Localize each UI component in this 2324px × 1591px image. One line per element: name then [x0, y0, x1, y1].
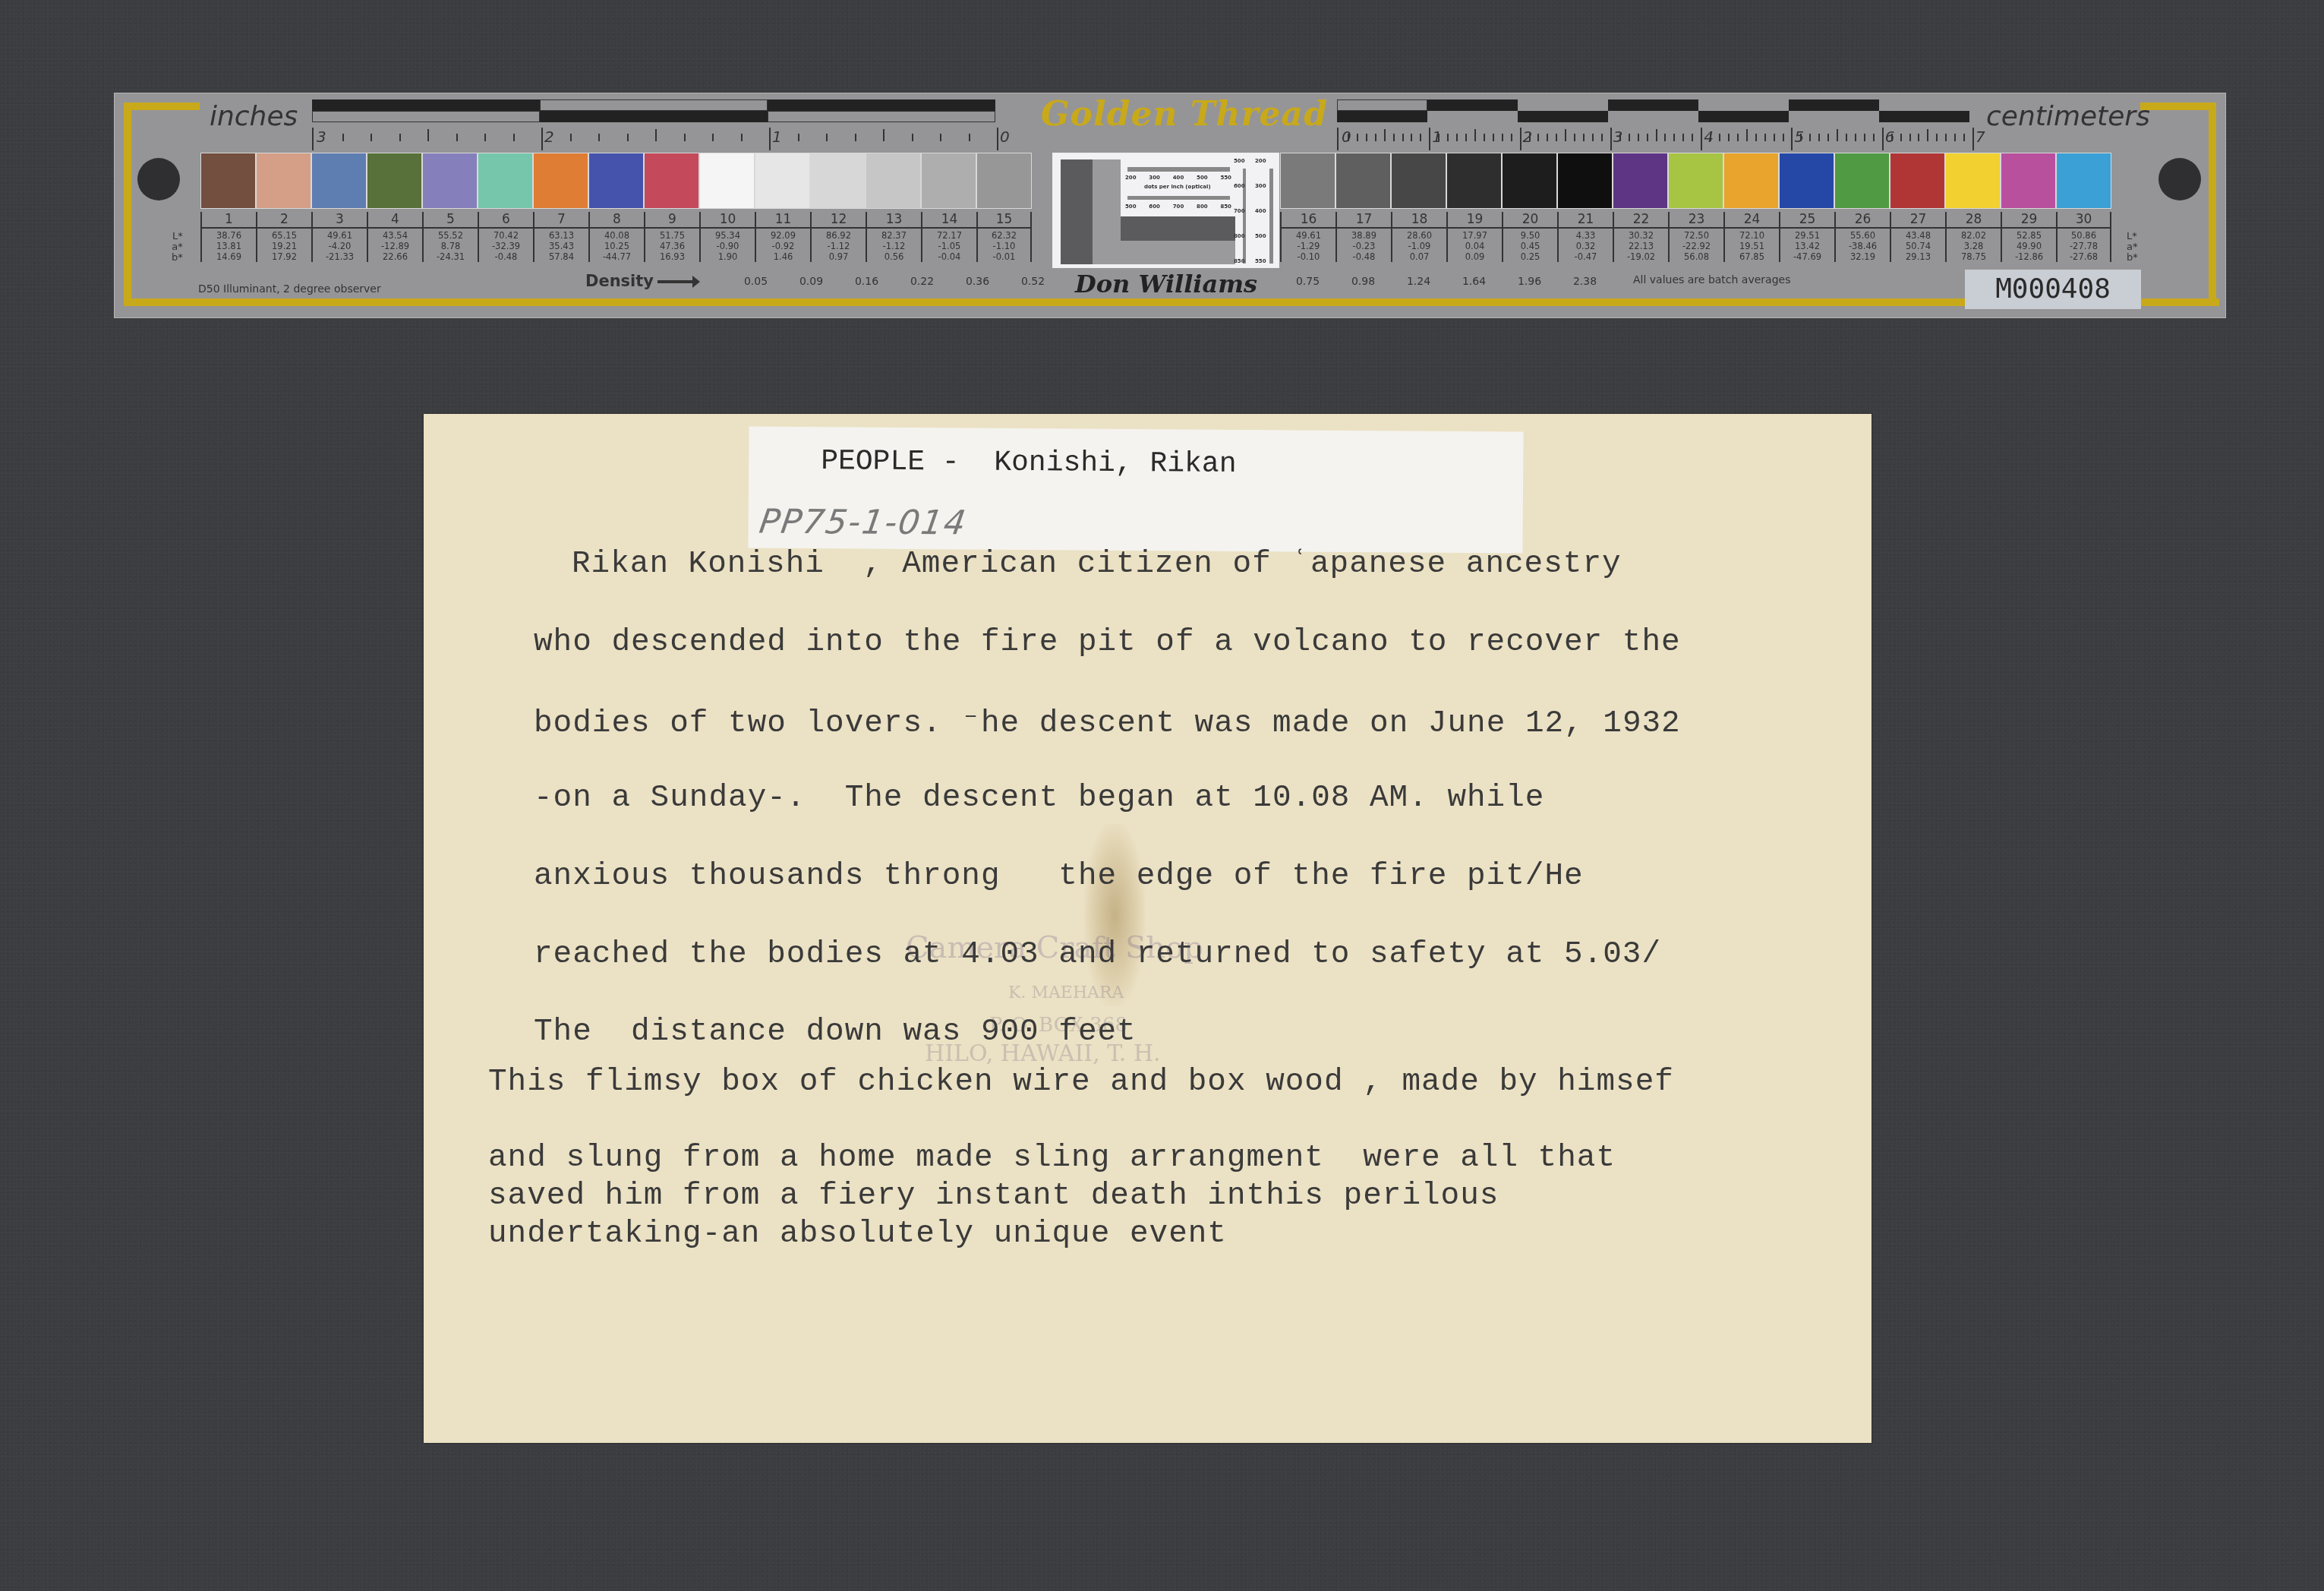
ruler-minor-tick [1927, 129, 1928, 141]
lab-b: 1.46 [756, 251, 810, 262]
inches-label: inches [210, 101, 298, 132]
color-patch [2056, 153, 2111, 209]
lab-column: 2743.4850.7429.13 [1890, 212, 1945, 262]
lab-l: 28.60 [1392, 230, 1446, 241]
lab-values: 72.1019.5167.85 [1725, 229, 1779, 262]
inch-scale-bar [312, 99, 995, 125]
ruler-minor-tick [1656, 129, 1657, 141]
patch-number: 23 [1670, 212, 1723, 229]
color-patch [1280, 153, 1335, 209]
ruler-minor-tick [1402, 134, 1404, 141]
lab-a: -1.29 [1282, 241, 1335, 251]
ruler-minor-tick [1592, 134, 1594, 141]
color-patch [921, 153, 976, 209]
lab-a: 0.45 [1503, 241, 1557, 251]
typed-line: bodies of two lovers. ⁻he descent was ma… [534, 702, 1681, 741]
ruler-minor-tick [1918, 134, 1919, 141]
lab-column: 670.42-32.39-0.48 [478, 212, 533, 262]
ruler-major-tick [1429, 128, 1430, 150]
lab-values: 43.54-12.8922.66 [368, 229, 422, 262]
color-patch [367, 153, 422, 209]
lab-values: 95.34-0.901.90 [701, 229, 755, 262]
frame-accent [124, 103, 200, 110]
frame-accent [2209, 103, 2216, 306]
centimeters-label: centimeters [1986, 101, 2150, 132]
ruler-minor-tick [1348, 134, 1349, 141]
ruler-minor-tick [712, 134, 714, 141]
ruler-label: 2 [544, 128, 554, 146]
lab-a: -1.05 [922, 241, 976, 251]
ruler-minor-tick [1719, 134, 1720, 141]
color-patch [1335, 153, 1391, 209]
color-patch [533, 153, 588, 209]
patch-number: 20 [1503, 212, 1557, 229]
lab-b: 57.84 [534, 251, 588, 262]
typed-line: The distance down was 900 feet [534, 1015, 1137, 1050]
lab-values: 63.1335.4357.84 [534, 229, 588, 262]
ruler-minor-tick [684, 134, 686, 141]
ruler-label: 0 [1000, 128, 1010, 146]
ruler-minor-tick [1638, 134, 1639, 141]
ruler-minor-tick [1774, 134, 1775, 141]
lab-values: 38.7613.8114.69 [202, 229, 256, 262]
typed-line: reached the bodies at 4.03 and returned … [534, 937, 1661, 972]
ruler-minor-tick [940, 134, 941, 141]
patch-number: 28 [1947, 212, 2001, 229]
patch-number: 26 [1836, 212, 1890, 229]
ruler-minor-tick [1809, 134, 1811, 141]
lab-l: 30.32 [1614, 230, 1668, 241]
lab-column: 1917.970.040.09 [1446, 212, 1502, 262]
color-patch-row-right [1280, 153, 2111, 210]
ruler-major-tick [1520, 128, 1521, 150]
ruler-minor-tick [798, 134, 799, 141]
lab-l: 40.08 [590, 230, 644, 241]
ruler-minor-tick [1456, 134, 1458, 141]
lab-b: -47.69 [1780, 251, 1834, 262]
ruler-minor-tick [1502, 134, 1503, 141]
lab-column: 1382.37-1.120.56 [866, 212, 921, 262]
paper-stain [1084, 824, 1145, 1006]
ruler-minor-tick [1846, 134, 1847, 141]
resolution-label: 700 [1234, 208, 1245, 214]
density-value: 0.16 [839, 276, 894, 288]
ruler-minor-tick [912, 134, 913, 141]
color-patch [256, 153, 311, 209]
patch-number: 10 [701, 212, 755, 229]
ruler-minor-tick [1827, 134, 1829, 141]
ruler-minor-tick [1945, 134, 1947, 141]
lab-values: 49.61-1.29-0.10 [1282, 229, 1335, 262]
archival-typed-card: PEOPLE - Konishi, Rikan PP75-1-014 Camer… [424, 414, 1871, 1443]
lab-values: 92.09-0.921.46 [756, 229, 810, 262]
lab-values: 65.1519.2117.92 [257, 229, 311, 262]
illuminant-note: D50 Illuminant, 2 degree observer [198, 283, 381, 295]
lab-a: -1.12 [867, 241, 921, 251]
ruler-minor-tick [1647, 134, 1648, 141]
lab-l: 95.34 [701, 230, 755, 241]
ruler-minor-tick [1583, 134, 1585, 141]
lab-values: 86.92-1.120.97 [812, 229, 866, 262]
typed-line: who descended into the fire pit of a vol… [534, 625, 1681, 660]
resolution-test-chart: dots per inch (optical) 200300400500550 … [1052, 153, 1279, 268]
ruler-minor-tick [1755, 134, 1757, 141]
lab-values: 52.8549.90-12.86 [2002, 229, 2056, 262]
lab-l: 43.48 [1891, 230, 1945, 241]
lab-a: 49.90 [2002, 241, 2056, 251]
ruler-label: 1 [772, 128, 782, 146]
lab-column: 1738.89-0.23-0.48 [1335, 212, 1391, 262]
lab-values: 55.60-38.4632.19 [1836, 229, 1890, 262]
color-patch [200, 153, 256, 209]
lab-column: 443.54-12.8922.66 [367, 212, 422, 262]
ruler-minor-tick [1447, 134, 1449, 141]
ruler-minor-tick [1692, 134, 1693, 141]
patch-number: 12 [812, 212, 866, 229]
resolution-label: 300 [1149, 175, 1160, 181]
inch-ruler: 3210 [312, 128, 997, 150]
lab-a: 47.36 [645, 241, 699, 251]
color-patch [866, 153, 921, 209]
ruler-minor-tick [456, 134, 458, 141]
lab-legend-left: L*a*b* [172, 232, 183, 264]
resolution-label: 400 [1173, 175, 1184, 181]
ruler-minor-tick [883, 129, 885, 141]
resolution-label: 800 [1197, 204, 1208, 210]
color-patch [1446, 153, 1502, 209]
lab-column: 209.500.450.25 [1502, 212, 1557, 262]
lab-values: 4.330.32-0.47 [1559, 229, 1613, 262]
lab-column: 763.1335.4357.84 [533, 212, 588, 262]
resolution-label: 200 [1125, 175, 1137, 181]
lab-b: 1.90 [701, 251, 755, 262]
lab-column: 555.528.78-24.31 [422, 212, 478, 262]
lab-a: -38.46 [1836, 241, 1890, 251]
lab-value-table-left: 138.7613.8114.69265.1519.2117.92349.61-4… [200, 212, 1032, 262]
ruler-minor-tick [1855, 134, 1856, 141]
patch-number: 7 [534, 212, 588, 229]
lab-l: 63.13 [534, 230, 588, 241]
batch-note: All values are batch averages [1633, 274, 1790, 286]
lab-a: -32.39 [479, 241, 533, 251]
ruler-minor-tick [1737, 134, 1739, 141]
lab-b: -0.48 [479, 251, 533, 262]
lab-l: 49.61 [313, 230, 367, 241]
lab-a: -1.10 [978, 241, 1030, 251]
patch-number: 8 [590, 212, 644, 229]
lab-a: 0.32 [1559, 241, 1613, 251]
ruler-minor-tick [1629, 134, 1630, 141]
ruler-major-tick [1791, 128, 1793, 150]
density-value: 1.24 [1391, 276, 1446, 288]
ruler-minor-tick [342, 134, 344, 141]
ruler-minor-tick [1909, 134, 1911, 141]
lab-b: -21.33 [313, 251, 367, 262]
lab-column: 349.61-4.20-21.33 [311, 212, 367, 262]
lab-b: -0.47 [1559, 251, 1613, 262]
ruler-minor-tick [1891, 134, 1893, 141]
mounting-hole [2158, 158, 2201, 200]
lab-a: 13.81 [202, 241, 256, 251]
density-value: 0.05 [728, 276, 784, 288]
color-patch [1391, 153, 1446, 209]
frame-accent [124, 298, 2219, 306]
patch-number: 18 [1392, 212, 1446, 229]
lab-values: 51.7547.3616.93 [645, 229, 699, 262]
lab-values: 70.42-32.39-0.48 [479, 229, 533, 262]
lab-b: 0.25 [1503, 251, 1557, 262]
resolution-label: 300 [1255, 183, 1266, 189]
ruler-minor-tick [1384, 129, 1386, 141]
ruler-minor-tick [1873, 134, 1875, 141]
ruler-minor-tick [855, 134, 856, 141]
density-value: 0.36 [950, 276, 1005, 288]
resolution-label: 700 [1173, 204, 1184, 210]
ruler-minor-tick [1529, 134, 1531, 141]
frame-accent [2140, 103, 2216, 110]
lab-l: 65.15 [257, 230, 311, 241]
lab-column: 2372.50-22.9256.08 [1668, 212, 1723, 262]
ruler-major-tick [541, 128, 543, 150]
ruler-minor-tick [1574, 134, 1575, 141]
lab-a: -12.89 [368, 241, 422, 251]
patch-number: 24 [1725, 212, 1779, 229]
ruler-minor-tick [1673, 134, 1675, 141]
color-patch [1779, 153, 1834, 209]
density-value: 0.75 [1280, 276, 1335, 288]
patch-number: 30 [2058, 212, 2110, 229]
ruler-minor-tick [1664, 134, 1666, 141]
lab-values: 38.89-0.23-0.48 [1337, 229, 1391, 262]
ruler-minor-tick [1746, 129, 1748, 141]
lab-a: 10.25 [590, 241, 644, 251]
lab-a: -0.90 [701, 241, 755, 251]
ruler-minor-tick [484, 134, 486, 141]
ruler-minor-tick [598, 134, 600, 141]
lab-column: 138.7613.8114.69 [200, 212, 256, 262]
lab-b: -19.02 [1614, 251, 1668, 262]
lab-b: 67.85 [1725, 251, 1779, 262]
lab-values: 82.023.2878.75 [1947, 229, 2001, 262]
ruler-label: 3 [317, 128, 326, 146]
lab-a: 22.13 [1614, 241, 1668, 251]
ruler-minor-tick [1411, 134, 1412, 141]
lab-l: 49.61 [1282, 230, 1335, 241]
ruler-minor-tick [627, 134, 629, 141]
lab-a: 8.78 [424, 241, 478, 251]
resolution-label: 500 [1234, 158, 1245, 164]
patch-number: 22 [1614, 212, 1668, 229]
lab-b: -0.10 [1282, 251, 1335, 262]
ruler-major-tick [1882, 128, 1884, 150]
density-values-right: 0.750.981.241.641.962.38 [1280, 276, 1613, 288]
color-patch [311, 153, 367, 209]
ruler-major-tick [1610, 128, 1612, 150]
resolution-label: 200 [1255, 158, 1266, 164]
ruler-minor-tick [1484, 134, 1485, 141]
ruler-minor-tick [1393, 134, 1395, 141]
ruler-minor-tick [969, 134, 970, 141]
ruler-minor-tick [1800, 134, 1802, 141]
color-patch [644, 153, 699, 209]
patch-number: 17 [1337, 212, 1391, 229]
lab-b: -44.77 [590, 251, 644, 262]
ruler-minor-tick [1864, 134, 1865, 141]
lab-column: 2952.8549.90-12.86 [2001, 212, 2056, 262]
color-patch [1613, 153, 1668, 209]
lab-b: 0.09 [1448, 251, 1502, 262]
lab-legend-right: L*a*b* [2127, 232, 2138, 264]
color-patch [755, 153, 810, 209]
ruler-minor-tick [1547, 134, 1548, 141]
lab-l: 86.92 [812, 230, 866, 241]
lab-values: 28.60-1.090.07 [1392, 229, 1446, 262]
patch-number: 11 [756, 212, 810, 229]
ruler-minor-tick [1420, 134, 1421, 141]
ruler-minor-tick [741, 134, 743, 141]
ruler-label: 4 [1704, 128, 1714, 146]
resolution-label: 600 [1234, 183, 1245, 189]
patch-number: 15 [978, 212, 1030, 229]
catalog-label-slip: PEOPLE - Konishi, Rikan PP75-1-014 [748, 426, 1523, 553]
resolution-label: 550 [1255, 258, 1266, 264]
lab-column: 1562.32-1.10-0.01 [976, 212, 1032, 262]
color-patch [810, 153, 866, 209]
target-id-plate: M000408 [1965, 270, 2141, 309]
lab-a: -0.23 [1337, 241, 1391, 251]
ruler-minor-tick [1783, 134, 1784, 141]
lab-l: 38.89 [1337, 230, 1391, 241]
typed-line: and slung from a home made sling arrangm… [488, 1141, 1616, 1176]
lab-a: 3.28 [1947, 241, 2001, 251]
ruler-minor-tick [1619, 134, 1621, 141]
ruler-minor-tick [1837, 129, 1838, 141]
lab-values: 29.5113.42-47.69 [1780, 229, 1834, 262]
color-patch [1723, 153, 1779, 209]
color-patch [1945, 153, 2001, 209]
ruler-minor-tick [513, 134, 515, 141]
lab-b: 14.69 [202, 251, 256, 262]
density-values-left: 0.050.090.160.220.360.52 [728, 276, 1061, 288]
lab-l: 72.50 [1670, 230, 1723, 241]
patch-number: 2 [257, 212, 311, 229]
lab-a: 0.04 [1448, 241, 1502, 251]
patch-number: 3 [313, 212, 367, 229]
lab-column: 1095.34-0.901.90 [699, 212, 755, 262]
ruler-minor-tick [1601, 134, 1603, 141]
lab-b: -0.48 [1337, 251, 1391, 262]
lab-values: 30.3222.13-19.02 [1614, 229, 1668, 262]
cm-scale-bar [1337, 99, 1971, 125]
ruler-minor-tick [1556, 134, 1557, 141]
patch-number: 29 [2002, 212, 2056, 229]
lab-b: 0.97 [812, 251, 866, 262]
ruler-label: 2 [1523, 128, 1533, 146]
color-patch [1668, 153, 1723, 209]
lab-b: -12.86 [2002, 251, 2056, 262]
lab-a: 13.42 [1780, 241, 1834, 251]
lab-l: 17.97 [1448, 230, 1502, 241]
lab-l: 4.33 [1559, 230, 1613, 241]
ruler-minor-tick [1511, 134, 1512, 141]
ruler-label: 6 [1885, 128, 1895, 146]
lab-a: -4.20 [313, 241, 367, 251]
density-value: 0.09 [784, 276, 839, 288]
lab-l: 38.76 [202, 230, 256, 241]
patch-number: 6 [479, 212, 533, 229]
color-patch [1502, 153, 1557, 209]
patch-number: 1 [202, 212, 256, 229]
ruler-major-tick [1972, 128, 1974, 150]
patch-number: 21 [1559, 212, 1613, 229]
ruler-label: 5 [1794, 128, 1804, 146]
lab-a: 19.51 [1725, 241, 1779, 251]
typed-line: anxious thousands throng the edge of the… [534, 859, 1584, 894]
ruler-minor-tick [1936, 134, 1938, 141]
color-patch [1890, 153, 1945, 209]
ruler-major-tick [997, 128, 998, 150]
lab-column: 3050.86-27.78-27.68 [2056, 212, 2111, 262]
color-patch-row-left [200, 153, 1032, 210]
color-patch [422, 153, 478, 209]
arrow-right-icon [657, 280, 695, 283]
patch-number: 19 [1448, 212, 1502, 229]
frame-accent [124, 103, 131, 306]
typed-line: -on a Sunday-. The descent began at 10.0… [534, 781, 1544, 816]
ruler-minor-tick [1537, 134, 1539, 141]
lab-b: 17.92 [257, 251, 311, 262]
ruler-major-tick [1701, 128, 1702, 150]
color-patch [699, 153, 755, 209]
slip-title: PEOPLE - Konishi, Rikan [821, 445, 1237, 481]
patch-number: 16 [1282, 212, 1335, 229]
lab-values: 43.4850.7429.13 [1891, 229, 1945, 262]
lab-values: 50.86-27.78-27.68 [2058, 229, 2110, 262]
lab-l: 62.32 [978, 230, 1030, 241]
typed-line: This flimsy box of chicken wire and box … [488, 1065, 1674, 1100]
lab-l: 72.17 [922, 230, 976, 241]
lab-l: 52.85 [2002, 230, 2056, 241]
lab-values: 40.0810.25-44.77 [590, 229, 644, 262]
lab-column: 265.1519.2117.92 [256, 212, 311, 262]
patch-number: 27 [1891, 212, 1945, 229]
resolution-label: 800 [1234, 233, 1245, 239]
brand-golden-thread: Golden Thread [1041, 95, 1328, 134]
brand-don-williams: Don Williams [1075, 270, 1257, 298]
lab-column: 2655.60-38.4632.19 [1834, 212, 1890, 262]
ruler-minor-tick [1728, 134, 1730, 141]
lab-a: -22.92 [1670, 241, 1723, 251]
typed-line: saved him from a fiery instant death int… [488, 1179, 1499, 1214]
lab-b: 29.13 [1891, 251, 1945, 262]
density-value: 0.22 [894, 276, 950, 288]
lab-values: 72.17-1.05-0.04 [922, 229, 976, 262]
resolution-label: 500 [1197, 175, 1208, 181]
density-value: 2.38 [1557, 276, 1613, 288]
typed-line: Rikan Konishi , American citizen of ʿapa… [572, 547, 1622, 582]
lab-column: 840.0810.25-44.77 [588, 212, 644, 262]
lab-l: 55.60 [1836, 230, 1890, 241]
ruler-minor-tick [1954, 134, 1956, 141]
lab-column: 1472.17-1.05-0.04 [921, 212, 976, 262]
ruler-label: 3 [1613, 128, 1623, 146]
patch-number: 4 [368, 212, 422, 229]
lab-l: 72.10 [1725, 230, 1779, 241]
mounting-hole [137, 158, 180, 200]
lab-column: 2529.5113.42-47.69 [1779, 212, 1834, 262]
color-patch [1557, 153, 1613, 209]
lab-column: 1286.92-1.120.97 [810, 212, 866, 262]
